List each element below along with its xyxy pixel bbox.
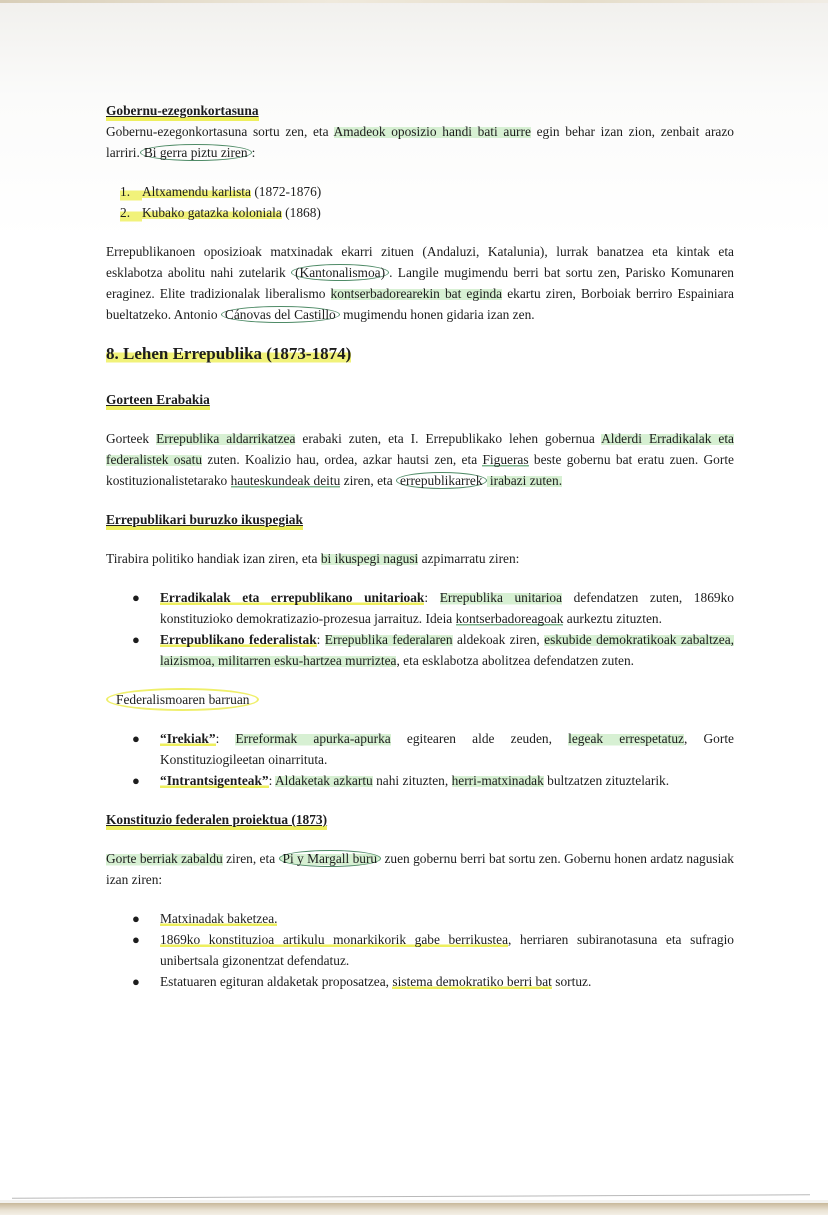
subsection-ikuspegiak: Errepublikari buruzko ikuspegiak Tirabir… <box>106 509 734 671</box>
list-number: 2. <box>120 202 142 223</box>
text: aurkeztu zituzten. <box>563 611 662 626</box>
paragraph: Gorte berriak zabaldu ziren, eta Pi y Ma… <box>106 848 734 890</box>
bullet-icon: ● <box>132 770 160 791</box>
list-item: ● 1869ko konstituzioa artikulu monarkiko… <box>106 929 734 971</box>
text: erabaki zuten, eta I. Errepublikako lehe… <box>295 431 601 446</box>
highlighted-text: Kubako gatazka koloniala <box>142 205 282 220</box>
list-item: ● Matxinadak baketzea. <box>106 908 734 929</box>
text: Tirabira politiko handiak izan ziren, et… <box>106 551 321 566</box>
bullet-icon: ● <box>132 587 160 629</box>
highlighted-text: Gorte berriak zabaldu <box>106 851 223 866</box>
list-number: 1. <box>120 181 142 202</box>
text: azpimarratu ziren: <box>418 551 519 566</box>
text: Gorteek <box>106 431 156 446</box>
section-lehen-errepublika: 8. Lehen Errepublika (1873-1874) Gorteen… <box>106 343 734 992</box>
paragraph: Gorteek Errepublika aldarrikatzea erabak… <box>106 428 734 491</box>
text: : <box>424 590 439 605</box>
list-item: ● Erradikalak eta errepublikano unitario… <box>106 587 734 629</box>
list-item: ● Estatuaren egituran aldaketak proposat… <box>106 971 734 992</box>
subsection-federalismoa: Federalismoaren barruan ● “Irekiak”: Err… <box>106 689 734 791</box>
section-heading: Gorteen Erabakia <box>106 389 210 410</box>
underlined-text: Figueras <box>482 452 528 467</box>
underlined-text: 1869ko konstituzioa artikulu monarkikori… <box>160 932 508 947</box>
highlighted-text: Amadeok oposizio handi bati aurre <box>334 124 531 139</box>
list-item: ● “Irekiak”: Erreformak apurka-apurka eg… <box>106 728 734 770</box>
circled-text: errepublikarrek <box>396 472 487 489</box>
text: : <box>216 731 236 746</box>
bullet-list: ● Erradikalak eta errepublikano unitario… <box>106 587 734 671</box>
text: , eta esklabotza abolitzea defendatzen z… <box>396 653 634 668</box>
underlined-text: sistema demokratiko berri bat <box>392 974 552 989</box>
highlighted-text: irabazi zuten. <box>487 473 562 488</box>
highlighted-text: Erreformak apurka-apurka <box>235 731 390 746</box>
paragraph: Gobernu-ezegonkortasuna sortu zen, eta A… <box>106 121 734 163</box>
text: zuten. Koalizio hau, ordea, azkar hautsi… <box>202 452 482 467</box>
bullet-icon: ● <box>132 908 160 929</box>
underlined-text: kontserbadoreagoak <box>456 611 564 626</box>
highlighted-text: Errepublika aldarrikatzea <box>156 431 295 446</box>
highlighted-text: kontserbadorearekin bat eginda <box>331 286 503 301</box>
highlighted-text: Errepublika unitarioa <box>440 590 562 605</box>
text: egitearen alde zeuden, <box>391 731 568 746</box>
desk-surface <box>0 1203 828 1215</box>
numbered-list: 1. Altxamendu karlista (1872-1876) 2. Ku… <box>106 181 734 223</box>
circled-text: Pi y Margall buru <box>279 850 382 867</box>
highlighted-text: Aldaketak azkartu <box>275 773 373 788</box>
page-edge-line <box>12 1194 810 1198</box>
bullet-icon: ● <box>132 929 160 971</box>
bold-term: Errepublikano federalistak <box>160 632 317 647</box>
list-item: 2. Kubako gatazka koloniala (1868) <box>106 202 734 223</box>
text: Estatuaren egituran aldaketak proposatze… <box>160 974 392 989</box>
document-content: Gobernu-ezegonkortasuna Gobernu-ezegonko… <box>106 100 734 992</box>
subsection-konstituzio-federala: Konstituzio federalen proiektua (1873) G… <box>106 809 734 992</box>
text: : <box>317 632 325 647</box>
text: nahi zituzten, <box>373 773 452 788</box>
text: bultzatzen zituztelarik. <box>544 773 669 788</box>
chapter-title: 8. Lehen Errepublika (1873-1874) <box>106 343 351 364</box>
text: (1868) <box>282 205 321 220</box>
highlighted-text: herri-matxinadak <box>452 773 544 788</box>
bullet-icon: ● <box>132 728 160 770</box>
underlined-text: (Kantonalismoa) <box>291 264 389 281</box>
highlighted-text: Errepublika federalaren <box>325 632 453 647</box>
paragraph: Tirabira politiko handiak izan ziren, et… <box>106 548 734 569</box>
section-gobernu-ezegonkortasuna: Gobernu-ezegonkortasuna Gobernu-ezegonko… <box>106 100 734 325</box>
list-item: ● “Intrantsigenteak”: Aldaketak azkartu … <box>106 770 734 791</box>
bold-term: Erradikalak eta errepublikano unitarioak <box>160 590 424 605</box>
bullet-list: ● Matxinadak baketzea. ● 1869ko konstitu… <box>106 908 734 992</box>
highlighted-text: legeak errespetatuz <box>568 731 684 746</box>
bullet-icon: ● <box>132 971 160 992</box>
text: : <box>252 145 256 160</box>
text: ziren, eta <box>223 851 279 866</box>
text: ziren, eta <box>340 473 396 488</box>
bold-term: “Irekiak” <box>160 731 216 746</box>
underlined-text: Matxinadak baketzea. <box>160 911 277 926</box>
bold-term: “Intrantsigenteak” <box>160 773 269 788</box>
text: Gobernu-ezegonkortasuna sortu zen, eta <box>106 124 334 139</box>
underlined-text: hauteskundeak deitu <box>231 473 341 488</box>
circled-text: Cánovas del Castillo <box>221 306 340 323</box>
subsection-gorteen-erabakia: Gorteen Erabakia Gorteek Errepublika ald… <box>106 389 734 491</box>
text: mugimendu honen gidaria izan zen. <box>340 307 535 322</box>
bullet-list: ● “Irekiak”: Erreformak apurka-apurka eg… <box>106 728 734 791</box>
list-item: ● Errepublikano federalistak: Errepublik… <box>106 629 734 671</box>
page-top-edge <box>0 0 828 3</box>
text: sortuz. <box>552 974 591 989</box>
list-item: 1. Altxamendu karlista (1872-1876) <box>106 181 734 202</box>
highlighted-text: Altxamendu karlista <box>142 184 251 199</box>
text: aldekoak ziren, <box>453 632 545 647</box>
section-heading: Errepublikari buruzko ikuspegiak <box>106 509 303 530</box>
scanned-page: Gobernu-ezegonkortasuna Gobernu-ezegonko… <box>0 0 828 1200</box>
bullet-icon: ● <box>132 629 160 671</box>
paragraph: Errepublikanoen oposizioak matxinadak ek… <box>106 241 734 325</box>
text: (1872-1876) <box>251 184 321 199</box>
highlighted-text: bi ikuspegi nagusi <box>321 551 418 566</box>
section-heading: Gobernu-ezegonkortasuna <box>106 100 259 121</box>
circled-heading: Federalismoaren barruan <box>106 688 259 711</box>
section-heading: Konstituzio federalen proiektua (1873) <box>106 809 327 830</box>
circled-text: Bi gerra piztu ziren <box>140 144 252 161</box>
